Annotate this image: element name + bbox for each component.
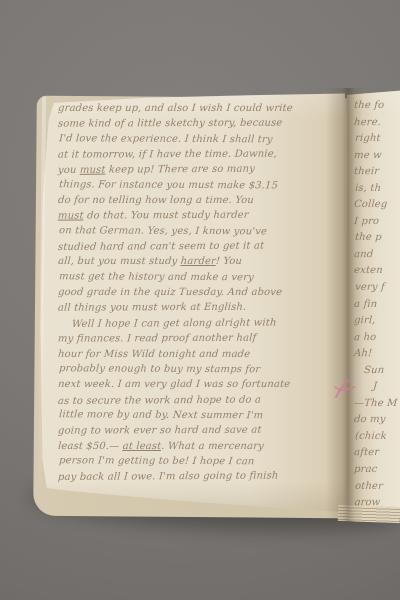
handwriting-line: right xyxy=(354,131,400,148)
handwriting-line: I'd love the experience. I think I shall… xyxy=(58,131,345,148)
handwriting-line: things. For instance you must make $3.15 xyxy=(58,177,345,194)
handwriting-line: prac xyxy=(353,462,400,479)
handwriting-line: J xyxy=(372,379,400,396)
handwriting-line: you must keep up! There are so many xyxy=(57,161,344,178)
handwriting-line: all things you must work at English. xyxy=(57,300,344,317)
handwriting-line: exten xyxy=(353,263,400,280)
handwriting-line: a fin xyxy=(353,297,400,314)
left-page-text: grades keep up, and also I wish I could … xyxy=(58,101,344,485)
handwriting-line: I pro xyxy=(353,214,400,231)
handwriting-line: my finances. I read proof another half xyxy=(57,331,344,348)
handwriting-line: the fo xyxy=(353,98,400,115)
handwriting-line: is, th xyxy=(354,181,400,198)
handwriting-line: going to work ever so hard and save at xyxy=(57,423,344,440)
handwriting-line: must get the history and make a very xyxy=(58,269,345,286)
right-page: the fohere.rightme wtheiris, thCollegI p… xyxy=(347,88,400,520)
left-page: grades keep up, and also I wish I could … xyxy=(40,90,348,520)
right-page-text: the fohere.rightme wtheiris, thCollegI p… xyxy=(354,98,400,512)
handwriting-line: do my xyxy=(353,412,400,429)
handwriting-line: (chick xyxy=(354,429,400,446)
handwriting-line: their xyxy=(353,164,400,181)
bottom-page-stack-edges xyxy=(338,505,400,523)
handwriting-line: some kind of a little sketchy story, bec… xyxy=(57,116,344,133)
handwriting-line: a ho xyxy=(353,329,400,346)
handwriting-line: must do that. You must study harder xyxy=(57,208,344,225)
handwriting-line: other xyxy=(354,478,400,495)
handwriting-line: here. xyxy=(353,114,400,131)
handwriting-line: very f xyxy=(354,280,400,297)
handwriting-line: little more by and by. Next summer I'm xyxy=(58,407,345,424)
handwriting-line: least $50.— at least. What a mercenary xyxy=(57,439,344,454)
handwriting-line: and xyxy=(353,247,400,264)
handwriting-line: all, but you must study harder! You xyxy=(57,254,344,269)
handwriting-line: hour for Miss Wild tonight and made xyxy=(57,347,344,362)
pink-scribble-mark xyxy=(333,377,361,403)
handwriting-line: after xyxy=(353,445,400,462)
handwriting-line: do for no telling how long a time. You xyxy=(57,193,344,208)
handwriting-line: probably enough to buy my stamps for xyxy=(58,361,345,378)
handwriting-line: Well I hope I can get along alright with xyxy=(71,315,344,332)
handwriting-line: Ah! xyxy=(353,346,400,363)
handwriting-line: the p xyxy=(354,230,400,247)
handwriting-line: studied hard and can't seem to get it at xyxy=(57,238,344,255)
handwriting-line: next week. I am very glad I was so fortu… xyxy=(57,377,344,392)
handwriting-line: as to secure the work and hope to do a xyxy=(57,392,344,409)
handwriting-line: girl, xyxy=(353,313,400,330)
handwriting-line: grades keep up, and also I wish I could … xyxy=(57,101,344,116)
handwriting-line: pay back all I owe. I'm also going to fi… xyxy=(57,468,344,485)
handwriting-line: good grade in the quiz Tuesday. And abov… xyxy=(57,285,344,300)
handwriting-line: Colleg xyxy=(353,197,400,214)
handwriting-line: Sun xyxy=(363,363,400,380)
handwriting-line: me w xyxy=(353,148,400,165)
